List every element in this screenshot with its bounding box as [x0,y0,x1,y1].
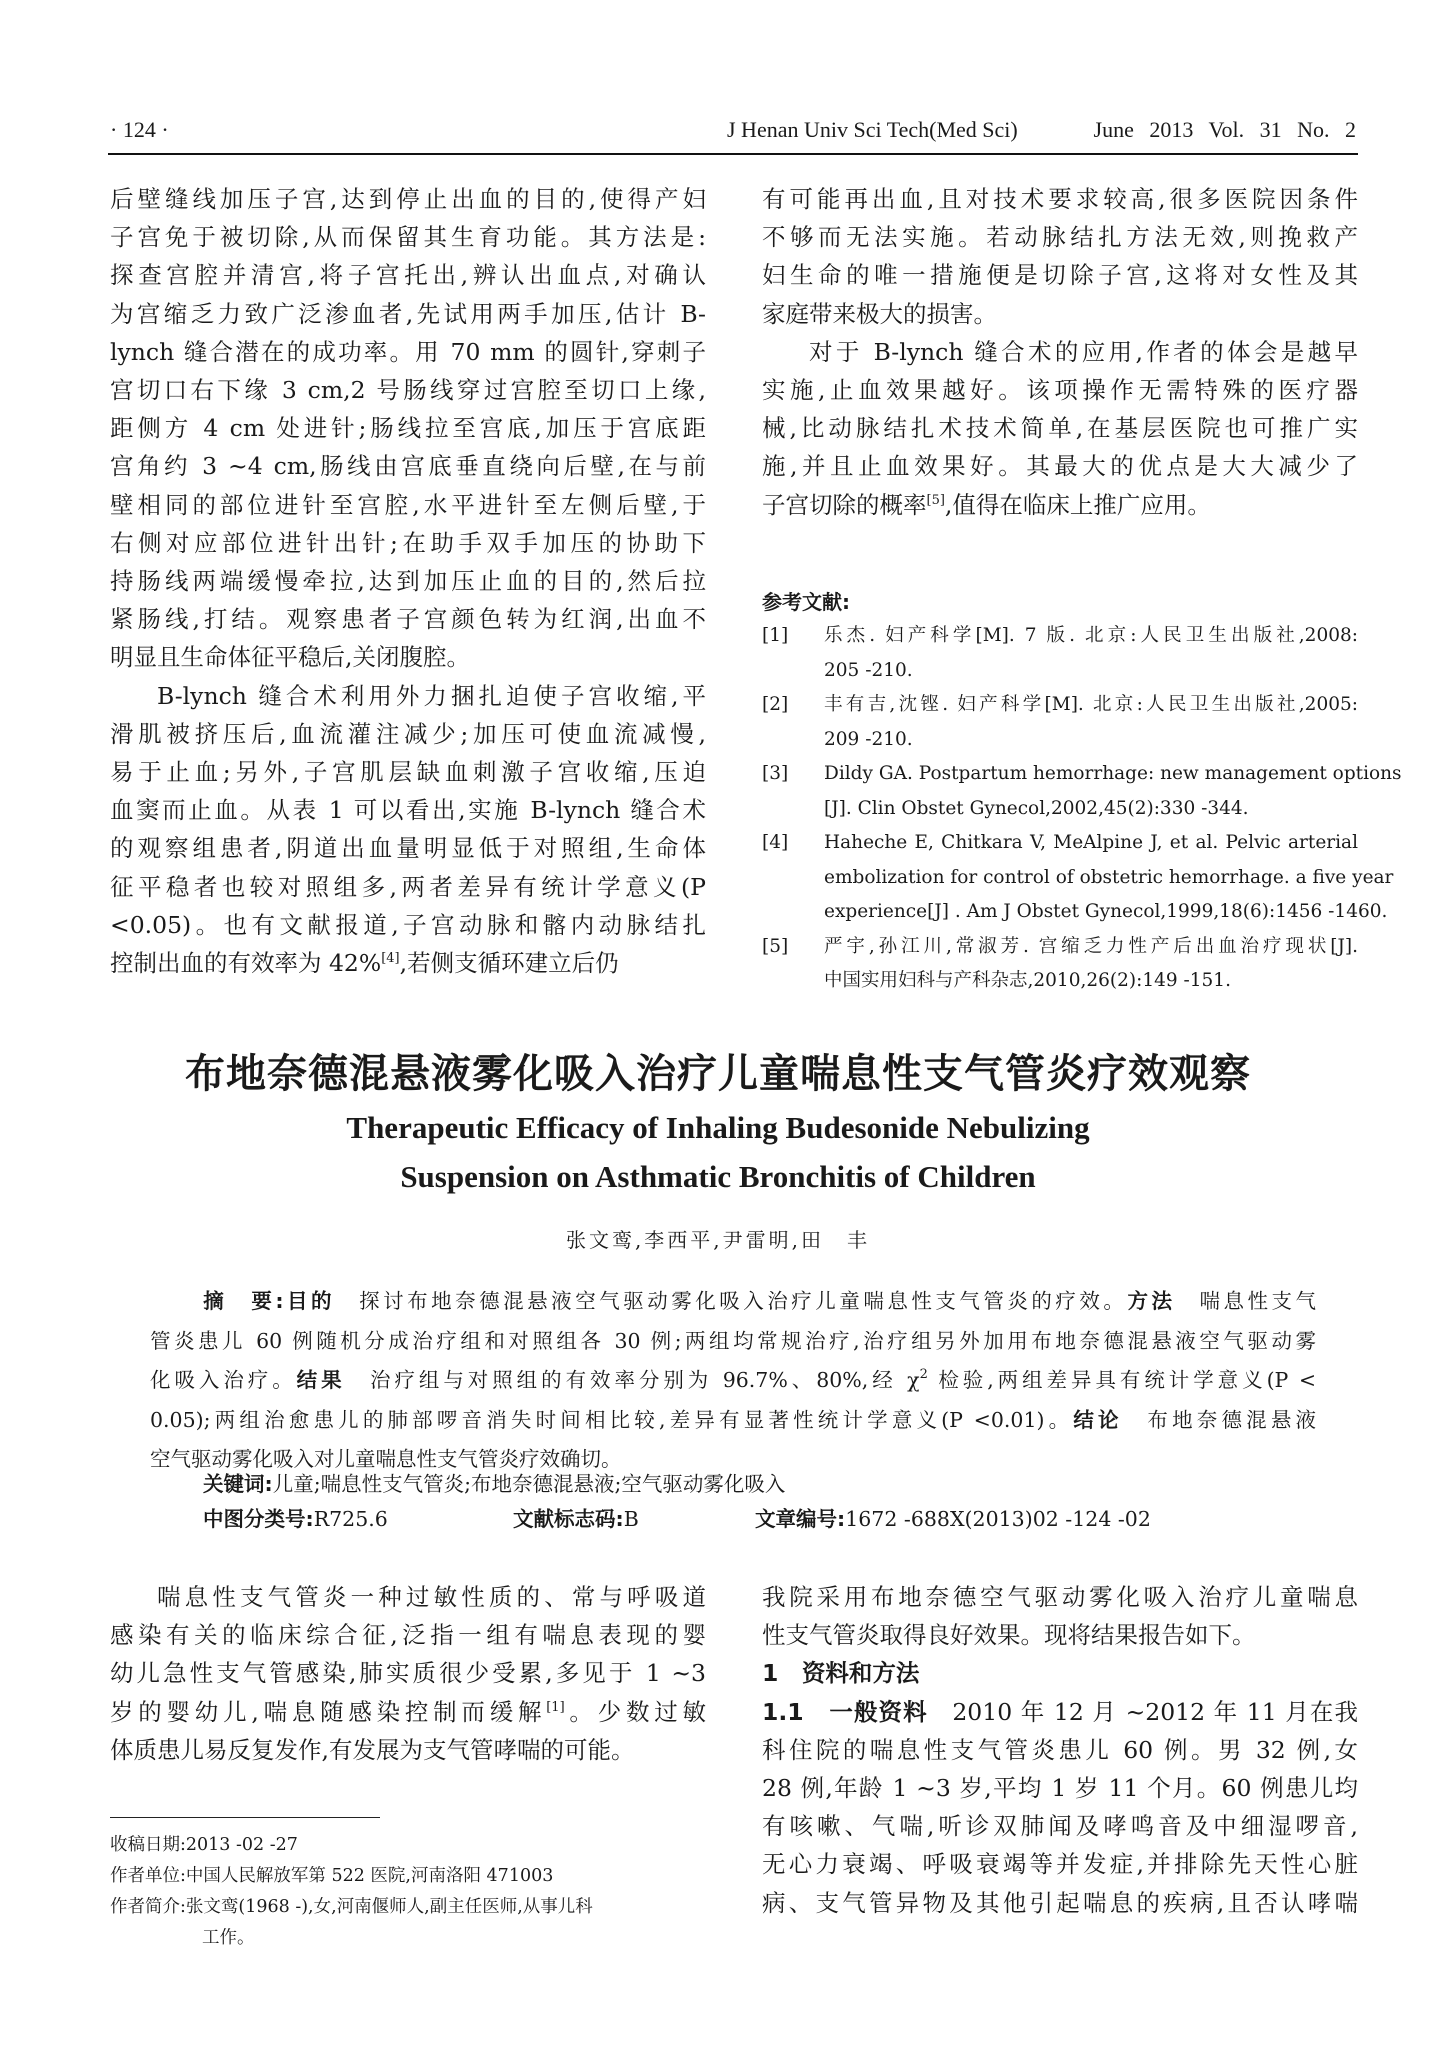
text-line: 为宫缩乏力致广泛渗血者,先试用两手加压,估计 B- [110,295,706,333]
reference-item: [1] 乐杰. 妇产科学[M]. 7 版. 北京:人民卫生出版社,2008: 2… [762,619,1358,688]
reference-number: [2] [762,688,788,723]
text-segment: 0.05);两组治愈患儿的肺部啰音消失时间相比较,差异有显著性统计学意义(P <… [150,1408,1073,1432]
text-line: 1.1 一般资料 2010 年 12 月 ~2012 年 11 月在我 [762,1693,1358,1731]
reference-number: [1] [762,619,788,654]
reference-line: 乐杰. 妇产科学[M]. 7 版. 北京:人民卫生出版社,2008: [824,619,1358,654]
reference-number: [3] [762,757,788,792]
received-date: 收稿日期:2013 -02 -27 [110,1830,710,1861]
text-line: 子宫免于被切除,从而保留其生育功能。其方法是: [110,218,706,256]
footnotes: 收稿日期:2013 -02 -27 作者单位:中国人民解放军第 522 医院,河… [110,1830,710,1954]
text-line: 感染有关的临床综合征,泛指一组有喘息表现的婴 [110,1616,706,1654]
text-segment: 控制出血的有效率为 42% [110,949,381,977]
reference-number: [5] [762,930,788,965]
document-code-label: 文献标志码: [513,1507,624,1531]
article-number-value: 1672 -688X(2013)02 -124 -02 [845,1507,1151,1531]
text-segment: 岁的婴幼儿,喘息随感染控制而缓解 [110,1698,546,1726]
clc-number: 中图分类号:R725.6 [203,1503,388,1535]
text-line: 病、支气管异物及其他引起喘息的疾病,且否认哮喘 [762,1884,1358,1922]
objective-label: 目的 [284,1289,336,1313]
prev-article-left-column: 后壁缝线加压子宫,达到停止出血的目的,使得产妇 子宫免于被切除,从而保留其生育功… [110,180,706,982]
reference-item: [3] Dildy GA. Postpartum hemorrhage: new… [762,757,1358,826]
keywords-label: 关键词: [203,1472,273,1496]
text-line: 实施,止血效果越好。该项操作无需特殊的医疗器 [762,371,1358,409]
results-label: 结果 [297,1368,346,1392]
text-segment: ,值得在临床上推广应用。 [945,491,1211,519]
clc-value: R725.6 [314,1507,388,1531]
article-number-label: 文章编号: [755,1507,845,1531]
citation-4[interactable]: [4] [381,951,399,966]
text-line: 控制出血的有效率为 42%[4],若侧支循环建立后仍 [110,944,706,982]
methods-text: 喘息性支气 [1200,1289,1317,1313]
article-body-right-column: 我院采用布地奈德空气驱动雾化吸入治疗儿童喘息 性支气管炎取得良好效果。现将结果报… [762,1578,1358,1922]
article-title-en-line1: Therapeutic Efficacy of Inhaling Budeson… [0,1108,1436,1148]
reference-line: 丰有吉,沈铿. 妇产科学[M]. 北京:人民卫生出版社,2005: [824,688,1358,723]
text-line: 有可能再出血,且对技术要求较高,很多医院因条件 [762,180,1358,218]
text-segment: 2010 年 12 月 ~2012 年 11 月在我 [952,1698,1358,1726]
text-line: 不够而无法实施。若动脉结扎方法无效,则挽救产 [762,218,1358,256]
reference-line: experience[J] . Am J Obstet Gynecol,1999… [824,895,1358,930]
article-number: 文章编号:1672 -688X(2013)02 -124 -02 [755,1503,1151,1535]
subsection-heading: 1.1 一般资料 [762,1698,928,1726]
references-heading: 参考文献: [762,588,850,616]
reference-item: [4] Haheche E, Chitkara V, MeAlpine J, e… [762,826,1358,930]
text-line: 持肠线两端缓慢牵拉,达到加压止血的目的,然后拉 [110,562,706,600]
references-list: [1] 乐杰. 妇产科学[M]. 7 版. 北京:人民卫生出版社,2008: 2… [762,619,1358,999]
text-line: 科住院的喘息性支气管炎患儿 60 例。男 32 例,女 [762,1731,1358,1769]
text-segment: 子宫切除的概率 [762,491,927,519]
author-list: 张文鸾,李西平,尹雷明,田 丰 [0,1226,1436,1254]
text-line: 家庭带来极大的损害。 [762,295,1358,333]
text-line: 滑肌被挤压后,血流灌注减少;加压可使血流减慢, [110,715,706,753]
text-line: 距侧方 4 cm 处进针;肠线拉至宫底,加压于宫底距 [110,409,706,447]
text-line: 宫角约 3 ~4 cm,肠线由宫底垂直绕向后壁,在与前 [110,447,706,485]
reference-line: 严宇,孙江川,常淑芳. 宫缩乏力性产后出血治疗现状[J]. [824,930,1358,965]
text-line: 探查宫腔并清宫,将子宫托出,辨认出血点,对确认 [110,256,706,294]
text-line: 幼儿急性支气管感染,肺实质很少受累,多见于 1 ~3 [110,1654,706,1692]
section-heading: 1 资料和方法 [762,1654,1358,1692]
reference-line: 209 -210. [824,723,1358,758]
reference-line: Haheche E, Chitkara V, MeAlpine J, et al… [824,826,1358,861]
journal-name: J Henan Univ Sci Tech(Med Sci) [727,116,1018,144]
text-line: 紧肠线,打结。观察患者子宫颜色转为红润,出血不 [110,600,706,638]
reference-line: [J]. Clin Obstet Gynecol,2002,45(2):330 … [824,792,1358,827]
text-line: 体质患儿易反复发作,有发展为支气管哮喘的可能。 [110,1731,706,1769]
text-line: <0.05)。也有文献报道,子宫动脉和髂内动脉结扎 [110,906,706,944]
citation-1[interactable]: [1] [546,1700,564,1715]
reference-line: Dildy GA. Postpartum hemorrhage: new man… [824,757,1358,792]
text-line: B-lynch 缝合术利用外力捆扎迫使子宫收缩,平 [110,677,706,715]
text-line: 性支气管炎取得良好效果。现将结果报告如下。 [762,1616,1358,1654]
text-line: 壁相同的部位进针至宫腔,水平进针至左侧后壁,于 [110,486,706,524]
text-line: 对于 B-lynch 缝合术的应用,作者的体会是越早 [762,333,1358,371]
prev-article-right-column: 有可能再出血,且对技术要求较高,很多医院因条件 不够而无法实施。若动脉结扎方法无… [762,180,1358,524]
abstract-line: 管炎患儿 60 例随机分成治疗组和对照组各 30 例;两组均常规治疗,治疗组另外… [150,1322,1316,1362]
clc-label: 中图分类号: [203,1507,314,1531]
keywords-value: 儿童;喘息性支气管炎;布地奈德混悬液;空气驱动雾化吸入 [273,1472,786,1496]
text-segment: 。少数过敏 [565,1698,706,1726]
text-segment: 治疗组与对照组的有效率分别为 96.7%、80%,经 χ [370,1368,920,1392]
document-code-value: B [624,1507,639,1531]
text-line: 妇生命的唯一措施便是切除子宫,这将对女性及其 [762,256,1358,294]
text-line: 明显且生命体征平稳后,关闭腹腔。 [110,638,706,676]
keywords: 关键词:儿童;喘息性支气管炎;布地奈德混悬液;空气驱动雾化吸入 [203,1468,785,1500]
document-code: 文献标志码:B [513,1503,639,1535]
text-line: 后壁缝线加压子宫,达到停止出血的目的,使得产妇 [110,180,706,218]
text-segment: ,若侧支循环建立后仍 [400,949,619,977]
abstract-line: 化吸入治疗。结果 治疗组与对照组的有效率分别为 96.7%、80%,经 χ2 检… [150,1361,1316,1401]
reference-line: embolization for control of obstetric he… [824,861,1358,896]
text-line: 无心力衰竭、呼吸衰竭等并发症,并排除先天性心脏 [762,1845,1358,1883]
reference-item: [5] 严宇,孙江川,常淑芳. 宫缩乏力性产后出血治疗现状[J]. 中国实用妇科… [762,930,1358,999]
page-number: · 124 · [110,116,169,144]
text-line: 喘息性支气管炎一种过敏性质的、常与呼吸道 [110,1578,706,1616]
text-line: 的观察组患者,阴道出血量明显低于对照组,生命体 [110,829,706,867]
abstract-line: 摘 要:目的 探讨布地奈德混悬液空气驱动雾化吸入治疗儿童喘息性支气管炎的疗效。方… [150,1282,1316,1322]
author-bio-continued: 工作。 [110,1923,710,1954]
article-title-cn: 布地奈德混悬液雾化吸入治疗儿童喘息性支气管炎疗效观察 [0,1046,1436,1102]
text-line: 易于止血;另外,子宫肌层缺血刺激子宫收缩,压迫 [110,753,706,791]
chi-square-superscript: 2 [920,1367,928,1382]
reference-number: [4] [762,826,788,861]
methods-label: 方法 [1127,1289,1175,1313]
text-line: 右侧对应部位进针出针;在助手双手加压的协助下 [110,524,706,562]
text-line: 施,并且止血效果好。其最大的优点是大大减少了 [762,447,1358,485]
author-affiliation: 作者单位:中国人民解放军第 522 医院,河南洛阳 471003 [110,1861,710,1892]
reference-line: 中国实用妇科与产科杂志,2010,26(2):149 -151. [824,964,1358,999]
text-line: 我院采用布地奈德空气驱动雾化吸入治疗儿童喘息 [762,1578,1358,1616]
text-line: 岁的婴幼儿,喘息随感染控制而缓解[1]。少数过敏 [110,1693,706,1731]
reference-item: [2] 丰有吉,沈铿. 妇产科学[M]. 北京:人民卫生出版社,2005: 20… [762,688,1358,757]
text-line: 28 例,年龄 1 ~3 岁,平均 1 岁 11 个月。60 例患儿均 [762,1769,1358,1807]
text-line: 宫切口右下缘 3 cm,2 号肠线穿过宫腔至切口上缘, [110,371,706,409]
issue-info: June 2013 Vol. 31 No. 2 [1094,116,1356,144]
text-line: 血窦而止血。从表 1 可以看出,实施 B-lynch 缝合术 [110,791,706,829]
text-line: 械,比动脉结扎术技术简单,在基层医院也可推广实 [762,409,1358,447]
citation-5[interactable]: [5] [927,493,945,508]
objective-text: 探讨布地奈德混悬液空气驱动雾化吸入治疗儿童喘息性支气管炎的疗效。 [359,1289,1127,1313]
author-bio: 作者简介:张文鸾(1968 -),女,河南偃师人,副主任医师,从事儿科 [110,1892,710,1923]
reference-line: 205 -210. [824,654,1358,689]
abstract: 摘 要:目的 探讨布地奈德混悬液空气驱动雾化吸入治疗儿童喘息性支气管炎的疗效。方… [150,1282,1316,1480]
text-segment: 检验,两组差异具有统计学意义(P < [928,1368,1316,1392]
text-line: 有咳嗽、气喘,听诊双肺闻及哮鸣音及中细湿啰音, [762,1807,1358,1845]
article-body-left-column: 喘息性支气管炎一种过敏性质的、常与呼吸道 感染有关的临床综合征,泛指一组有喘息表… [110,1578,706,1769]
header-rule [108,153,1358,155]
abstract-label: 摘 要: [203,1289,283,1313]
conclusion-label: 结论 [1073,1408,1122,1432]
abstract-line: 0.05);两组治愈患儿的肺部啰音消失时间相比较,差异有显著性统计学意义(P <… [150,1401,1316,1441]
text-line: lynch 缝合潜在的成功率。用 70 mm 的圆针,穿刺子 [110,333,706,371]
text-segment: 布地奈德混悬液 [1147,1408,1316,1432]
text-line: 征平稳者也较对照组多,两者差异有统计学意义(P [110,868,706,906]
article-title-en-line2: Suspension on Asthmatic Bronchitis of Ch… [0,1157,1436,1197]
text-segment: 化吸入治疗。 [150,1368,297,1392]
footnote-rule [110,1817,380,1818]
text-line: 子宫切除的概率[5],值得在临床上推广应用。 [762,486,1358,524]
